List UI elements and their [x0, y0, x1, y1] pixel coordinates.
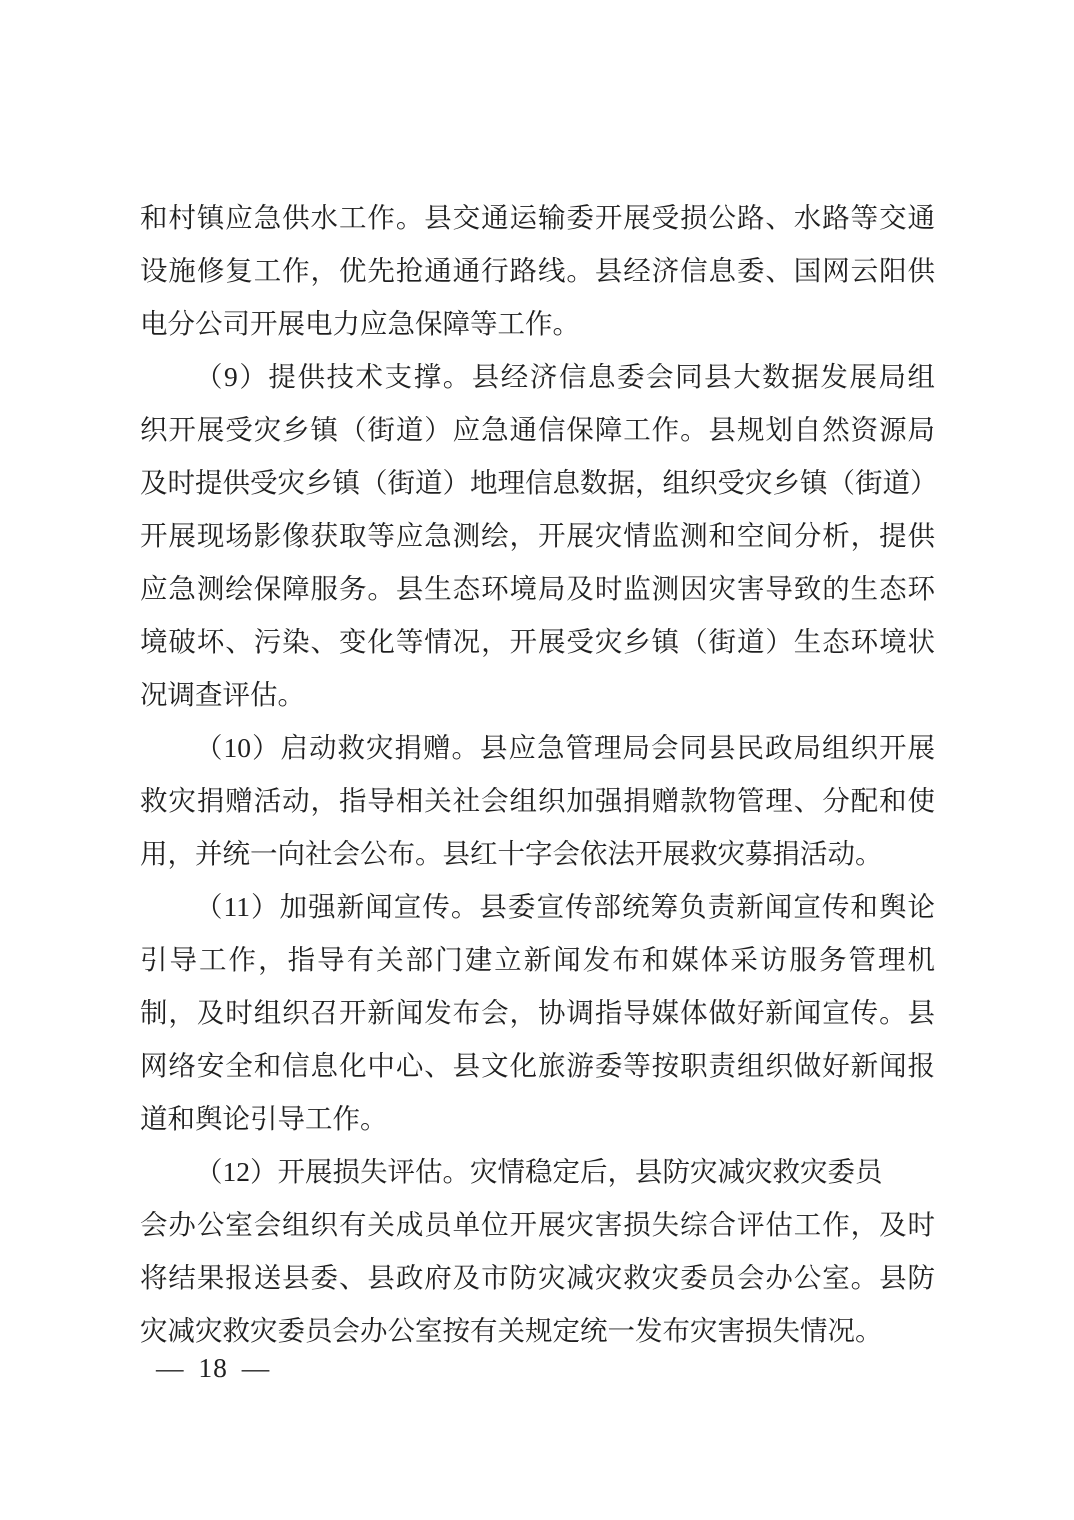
text-line: 引导工作，指导有关部门建立新闻发布和媒体采访服务管理机 — [140, 933, 935, 986]
text-line: 应急测绘保障服务。县生态环境局及时监测因灾害导致的生态环 — [140, 562, 935, 615]
text-line: 电分公司开展电力应急保障等工作。 — [140, 297, 935, 350]
paragraph: （12）开展损失评估。灾情稳定后，县防灾减灾救灾委员会办公室会组织有关成员单位开… — [140, 1145, 935, 1357]
text-line: 开展现场影像获取等应急测绘，开展灾情监测和空间分析，提供 — [140, 509, 935, 562]
text-line: （9）提供技术支撑。县经济信息委会同县大数据发展局组 — [140, 350, 935, 403]
text-line: 救灾捐赠活动，指导相关社会组织加强捐赠款物管理、分配和使 — [140, 774, 935, 827]
document-body: 和村镇应急供水工作。县交通运输委开展受损公路、水路等交通设施修复工作，优先抢通通… — [140, 191, 935, 1357]
text-line: 及时提供受灾乡镇（街道）地理信息数据，组织受灾乡镇（街道） — [140, 456, 935, 509]
text-line: 网络安全和信息化中心、县文化旅游委等按职责组织做好新闻报 — [140, 1039, 935, 1092]
text-line: 将结果报送县委、县政府及市防灾减灾救灾委员会办公室。县防 — [140, 1251, 935, 1304]
text-line: 道和舆论引导工作。 — [140, 1092, 935, 1145]
text-line: 境破坏、污染、变化等情况，开展受灾乡镇（街道）生态环境状 — [140, 615, 935, 668]
text-line: （10）启动救灾捐赠。县应急管理局会同县民政局组织开展 — [140, 721, 935, 774]
text-line: （12）开展损失评估。灾情稳定后，县防灾减灾救灾委员 — [140, 1145, 935, 1198]
paragraph: （10）启动救灾捐赠。县应急管理局会同县民政局组织开展救灾捐赠活动，指导相关社会… — [140, 721, 935, 880]
text-line: 用，并统一向社会公布。县红十字会依法开展救灾募捐活动。 — [140, 827, 935, 880]
paragraph: （9）提供技术支撑。县经济信息委会同县大数据发展局组织开展受灾乡镇（街道）应急通… — [140, 350, 935, 721]
page-number: — 18 — — [156, 1346, 270, 1390]
text-line: 和村镇应急供水工作。县交通运输委开展受损公路、水路等交通 — [140, 191, 935, 244]
text-line: 况调查评估。 — [140, 668, 935, 721]
document-page: 和村镇应急供水工作。县交通运输委开展受损公路、水路等交通设施修复工作，优先抢通通… — [0, 0, 1074, 1520]
text-line: （11）加强新闻宣传。县委宣传部统筹负责新闻宣传和舆论 — [140, 880, 935, 933]
text-line: 织开展受灾乡镇（街道）应急通信保障工作。县规划自然资源局 — [140, 403, 935, 456]
text-line: 设施修复工作，优先抢通通行路线。县经济信息委、国网云阳供 — [140, 244, 935, 297]
paragraph: （11）加强新闻宣传。县委宣传部统筹负责新闻宣传和舆论引导工作，指导有关部门建立… — [140, 880, 935, 1145]
text-line: 会办公室会组织有关成员单位开展灾害损失综合评估工作，及时 — [140, 1198, 935, 1251]
text-line: 制，及时组织召开新闻发布会，协调指导媒体做好新闻宣传。县 — [140, 986, 935, 1039]
paragraph: 和村镇应急供水工作。县交通运输委开展受损公路、水路等交通设施修复工作，优先抢通通… — [140, 191, 935, 350]
